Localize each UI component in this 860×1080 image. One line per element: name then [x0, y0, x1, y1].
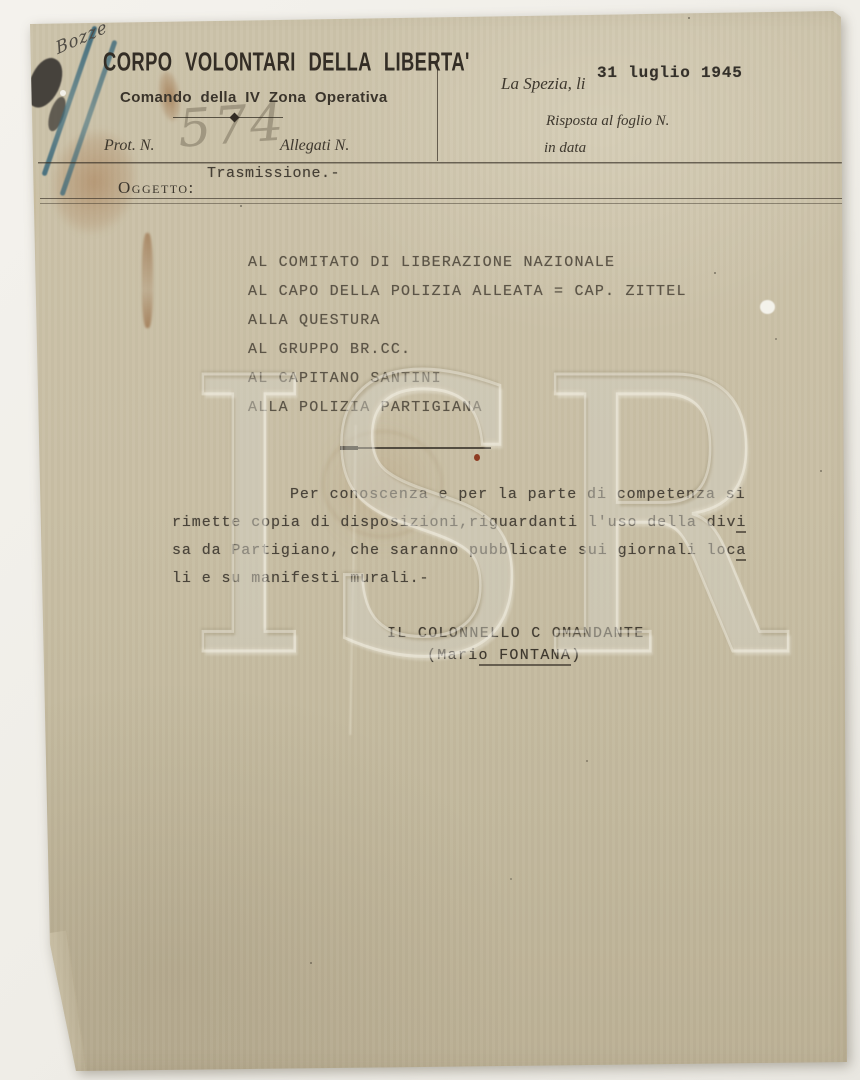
subject-value: Trasmissione.- [207, 165, 340, 182]
soft-center-stain [318, 418, 443, 553]
recipient-line: ALLA QUESTURA [248, 312, 687, 341]
pencil-protocol-number: 574 [176, 92, 288, 159]
rust-stain-large [40, 120, 149, 244]
graphite-smudge-tail [45, 95, 69, 134]
ring-stain [322, 430, 443, 538]
typed-separator-line [340, 447, 491, 449]
body-line: rimette copia di disposizioni,riguardant… [172, 514, 746, 542]
yellow-edge-stain [0, 152, 38, 250]
pencil-note-bozze: Bozze [54, 17, 110, 59]
subject-rule-2 [40, 203, 850, 204]
isr-embossed-watermark: ISR [185, 330, 782, 710]
recipient-list: AL COMITATO DI LIBERAZIONE NAZIONALE AL … [248, 254, 687, 428]
scanned-letter-page: Bozze 574 CORPO VOLONTARI DELLA LIBERTA'… [0, 0, 860, 1080]
recipient-line: AL CAPO DELLA POLIZIA ALLEATA = CAP. ZIT… [248, 283, 687, 312]
white-spot [760, 300, 775, 314]
letterhead-divider [173, 117, 283, 118]
signature-name: (Mario FONTANA) [427, 647, 582, 664]
body-line: Per conoscenza e per la parte di compete… [172, 486, 746, 514]
typed-date: 31 luglio 1945 [597, 64, 743, 82]
graphite-smudge [20, 53, 70, 113]
recipient-line: ALLA POLIZIA PARTIGIANA [248, 399, 687, 428]
blue-pencil-stroke-2 [59, 40, 117, 197]
body-paragraph: Per conoscenza e per la parte di compete… [172, 486, 746, 598]
rust-stain-small [155, 69, 183, 123]
place-date-label: La Spezia, li [501, 74, 586, 94]
diamond-ornament [230, 113, 240, 123]
red-ink-dot [474, 454, 480, 461]
recipient-line: AL COMITATO DI LIBERAZIONE NAZIONALE [248, 254, 687, 283]
header-vertical-rule [437, 57, 438, 161]
blue-pencil-stroke-1 [41, 25, 97, 176]
body-line: li e su manifesti murali.- [172, 570, 746, 598]
subject-label: Oggetto: [118, 178, 195, 198]
recipient-line: AL CAPITANO SANTINI [248, 370, 687, 399]
rust-drip [142, 233, 153, 328]
corner-fold [36, 931, 86, 1076]
recipient-line: AL GRUPPO BR.CC. [248, 341, 687, 370]
prot-label: Prot. N. [104, 137, 155, 155]
signature-title: IL COLONNELLO C OMANDANTE [387, 625, 645, 642]
allegati-label: Allegati N. [280, 137, 349, 155]
paper-sheet: Bozze 574 CORPO VOLONTARI DELLA LIBERTA'… [0, 0, 860, 1080]
letterhead-command: Comando della IV Zona Operativa [120, 89, 388, 106]
paper-specks [322, 260, 324, 262]
white-fleck [60, 90, 66, 96]
paper-shadow-wrap: Bozze 574 CORPO VOLONTARI DELLA LIBERTA'… [0, 0, 860, 1080]
letterhead-organization: CORPO VOLONTARI DELLA LIBERTA' [103, 47, 470, 77]
hyphenation-underline: i [736, 514, 746, 533]
body-line: sa da Partigiano, che saranno pubblicate… [172, 542, 746, 570]
subject-rule-1 [40, 198, 852, 199]
header-rule-top [38, 162, 850, 164]
vertical-crease [349, 425, 356, 735]
hyphenation-underline: a [736, 542, 746, 561]
risposta-label: Risposta al foglio N. [546, 113, 669, 130]
in-data-label: in data [544, 140, 586, 157]
